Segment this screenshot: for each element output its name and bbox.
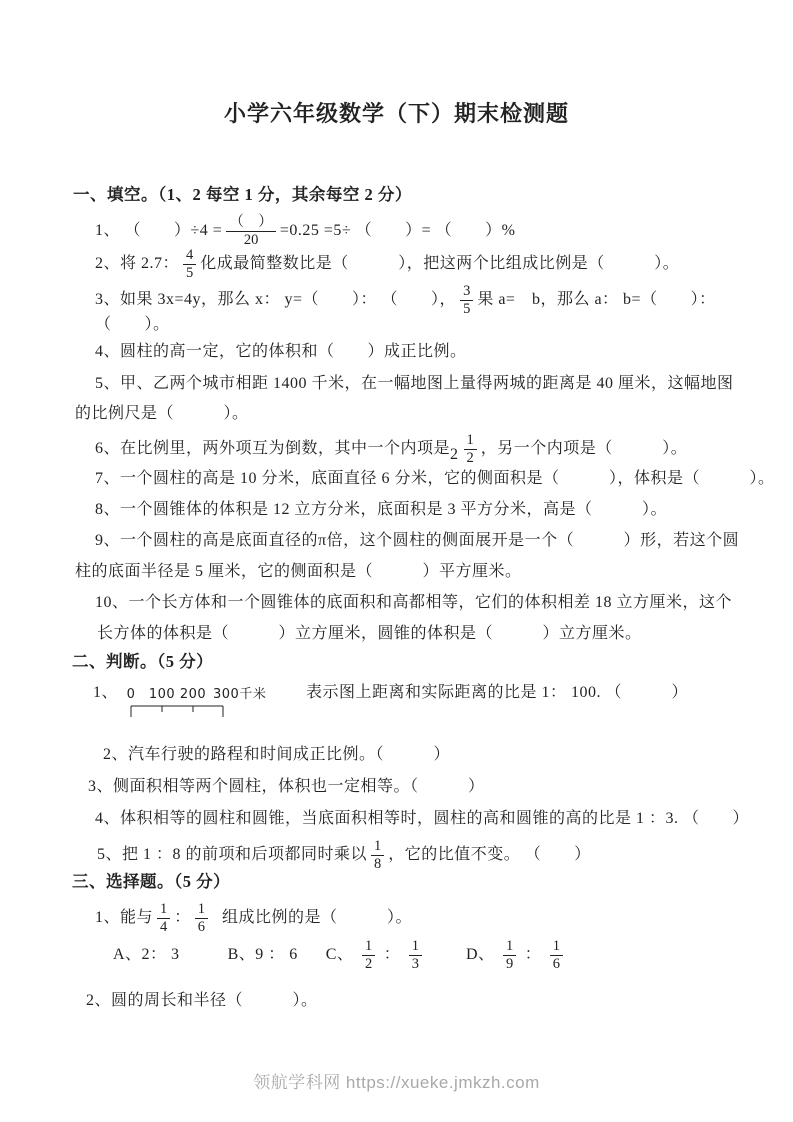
judge-q2: 2、汽车行驶的路程和时间成正比例。（ ）: [103, 744, 450, 766]
q1-post: =0.25 =5÷ （ ）= （ ）%: [280, 220, 516, 242]
judge-q1-text: 表示图上距离和实际距离的比是 1： 100. （ ）: [306, 682, 688, 704]
judge-q5-pre: 5、把 1 ：8 的前项和后项都同时乘以: [97, 844, 367, 866]
fraction-denominator: 20: [226, 232, 276, 249]
fill-in-q5-line2: 的比例尺是（ ）。: [75, 403, 249, 425]
mixed-number-whole: 2: [450, 444, 459, 466]
option-b: B、9 ： 6: [228, 944, 298, 966]
q6-post: ，另一个内项是（ ）。: [481, 438, 688, 460]
q3-post: 果 a= b，那么 a： b=（ ）：: [477, 289, 715, 311]
fraction-numerator: 1: [157, 901, 170, 919]
option-d: D、 1 9 ： 1 6: [466, 938, 567, 972]
fill-in-q6: 6、在比例里，两外项互为倒数，其中一个内项是 2 1 2 ，另一个内项是（ ）。: [95, 432, 687, 466]
fill-in-q9-line2: 柱的底面半径是 5 厘米，它的侧面积是（ ）平方厘米。: [75, 561, 522, 583]
fill-in-q8: 8、一个圆锥体的体积是 12 立方分米，底面积是 3 平方分米，高是（ ）。: [95, 499, 667, 521]
q1-pre: 1、 （ ）÷4 =: [95, 220, 222, 242]
fill-in-q3-continuation: （ ）。: [95, 314, 170, 336]
fraction-numerator: 1: [409, 938, 422, 956]
fill-in-q3: 3、如果 3x=4y，那么 x： y=（ ）： （ ）， 3 5 果 a= b，…: [95, 283, 716, 317]
fraction: （ ） 20: [226, 214, 276, 248]
fraction: 1 3: [409, 938, 422, 972]
map-scale-ruler: 0 100 200 300千米: [124, 682, 282, 722]
fraction-denominator: 3: [409, 956, 422, 973]
fraction: 1 2: [464, 432, 477, 466]
q2-post: 化成最简整数比是（ ），把这两个比组成比例是（ ）。: [200, 253, 679, 275]
fill-in-q1: 1、 （ ）÷4 = （ ） 20 =0.25 =5÷ （ ）= （ ）%: [95, 214, 516, 248]
judge-q3: 3、侧面积相等两个圆柱，体积也一定相等。（ ）: [88, 776, 485, 798]
fraction-denominator: 2: [362, 956, 375, 973]
option-d-colon: ：: [525, 946, 542, 963]
fraction: 1 6: [550, 938, 563, 972]
section-choice-header: 三、选择题。（5 分）: [72, 871, 230, 893]
fraction: 1 4: [157, 901, 170, 935]
judge-q4: 4、体积相等的圆柱和圆锥，当底面积相等时，圆柱的高和圆锥的高的比是 1 ：3. …: [95, 808, 749, 830]
fraction-numerator: 1: [550, 938, 563, 956]
fraction-denominator: 6: [550, 956, 563, 973]
choice-q1-pre: 1、能与: [95, 907, 153, 929]
fraction-numerator: （ ）: [226, 214, 276, 232]
fraction-numerator: 1: [464, 432, 477, 450]
fill-in-q4: 4、圆柱的高一定，它的体积和（ ）成正比例。: [95, 341, 467, 363]
choice-q1-colon: ：: [174, 907, 191, 929]
section-fill-in-header: 一、填空。（1、2 每空 1 分，其余每空 2 分）: [73, 184, 412, 206]
choice-q1-options: A、2： 3 B、9 ： 6 C、 1 2 ： 1 3 D、 1 9 ： 1 6: [113, 938, 567, 972]
fraction-denominator: 8: [371, 856, 384, 873]
option-a: A、2： 3: [113, 944, 180, 966]
fill-in-q10-line2: 长方体的体积是（ ）立方厘米，圆锥的体积是（ ）立方厘米。: [97, 623, 642, 645]
ruler-label-200: 200: [180, 687, 206, 702]
fraction-denominator: 9: [503, 956, 516, 973]
watermark-footer: 领航学科网 https://xueke.jmkzh.com: [0, 1068, 793, 1093]
ruler-label-0: 0: [127, 687, 136, 702]
fraction: 1 2: [362, 938, 375, 972]
fraction-numerator: 1: [362, 938, 375, 956]
ruler-line: [131, 706, 223, 717]
exam-paper-page: 小学六年级数学（下）期末检测题 一、填空。（1、2 每空 1 分，其余每空 2 …: [0, 0, 793, 1122]
fraction-denominator: 5: [460, 301, 473, 318]
fraction: 1 8: [371, 838, 384, 872]
option-d-label: D、: [466, 946, 495, 963]
fraction: 3 5: [460, 283, 473, 317]
fraction: 1 9: [503, 938, 516, 972]
fill-in-q2: 2、将 2.7： 4 5 化成最简整数比是（ ），把这两个比组成比例是（ ）。: [95, 247, 679, 281]
page-title: 小学六年级数学（下）期末检测题: [0, 97, 793, 128]
fraction-numerator: 1: [371, 838, 384, 856]
fill-in-q10-line1: 10、一个长方体和一个圆锥体的底面积和高都相等，它们的体积相差 18 立方厘米，…: [95, 592, 732, 614]
fraction-denominator: 2: [464, 450, 477, 467]
q2-pre: 2、将 2.7：: [95, 253, 179, 275]
judge-q5: 5、把 1 ：8 的前项和后项都同时乘以 1 8 ，它的比值不变。 （ ）: [97, 838, 591, 872]
ruler-label-300km: 300千米: [213, 686, 266, 702]
option-c-colon: ：: [384, 946, 401, 963]
fraction-numerator: 4: [183, 247, 196, 265]
fraction-denominator: 4: [157, 919, 170, 936]
fraction: 4 5: [183, 247, 196, 281]
fraction-numerator: 1: [195, 901, 208, 919]
fraction-denominator: 5: [183, 265, 196, 282]
choice-q1: 1、能与 1 4 ： 1 6 组成比例的是（ ）。: [95, 901, 412, 935]
q6-pre: 6、在比例里，两外项互为倒数，其中一个内项是: [95, 438, 450, 460]
fill-in-q7: 7、一个圆柱的高是 10 分米，底面直径 6 分米，它的侧面积是（ ），体积是（…: [95, 468, 775, 490]
fraction: 1 6: [195, 901, 208, 935]
fraction-numerator: 1: [503, 938, 516, 956]
fraction-numerator: 3: [460, 283, 473, 301]
ruler-label-100: 100: [149, 687, 175, 702]
q3-pre: 3、如果 3x=4y，那么 x： y=（ ）： （ ），: [95, 289, 456, 311]
option-c-label: C、: [326, 946, 354, 963]
section-judge-header: 二、判断。（5 分）: [72, 651, 213, 673]
option-c: C、 1 2 ： 1 3: [326, 938, 426, 972]
judge-q1-number: 1、: [93, 682, 118, 704]
fraction-denominator: 6: [195, 919, 208, 936]
choice-q2: 2、圆的周长和半径（ ）。: [86, 990, 318, 1012]
judge-q1: 1、 0 100 200 300千米 表示图上距离和实际距离的比是 1： 100…: [93, 682, 688, 722]
choice-q1-post: 组成比例的是（ ）。: [222, 907, 412, 929]
fill-in-q9-line1: 9、一个圆柱的高是底面直径的π倍，这个圆柱的侧面展开是一个（ ）形，若这个圆: [95, 530, 739, 552]
fill-in-q5-line1: 5、甲、乙两个城市相距 1400 千米，在一幅地图上量得两城的距离是 40 厘米…: [95, 373, 734, 395]
judge-q5-post: ，它的比值不变。 （ ）: [388, 844, 591, 866]
